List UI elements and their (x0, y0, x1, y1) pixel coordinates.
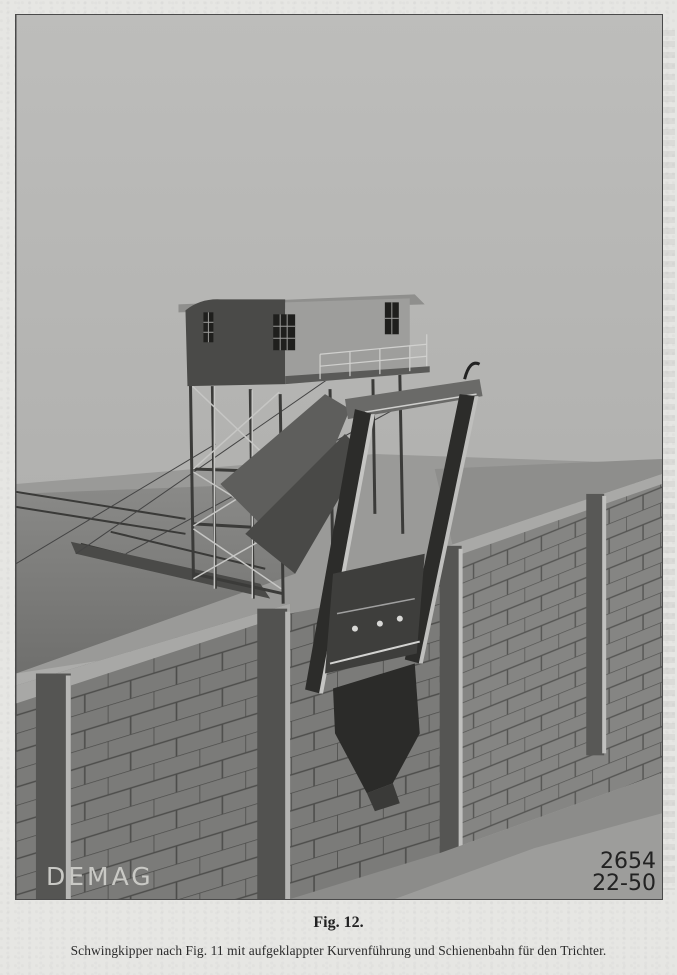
show-through-text (661, 30, 675, 890)
plate-number-line1: 2654 (592, 851, 656, 873)
plate-number-line2: 22-50 (592, 873, 656, 895)
photo-illustration (16, 15, 662, 899)
figure-label: Fig. 12. (0, 914, 677, 932)
figure-caption: Schwingkipper nach Fig. 11 mit aufgeklap… (0, 943, 677, 959)
plate-number: 2654 22-50 (592, 851, 656, 895)
photo-watermark: DEMAG (46, 862, 154, 891)
figure-photo: DEMAG 2654 22-50 (15, 14, 663, 900)
